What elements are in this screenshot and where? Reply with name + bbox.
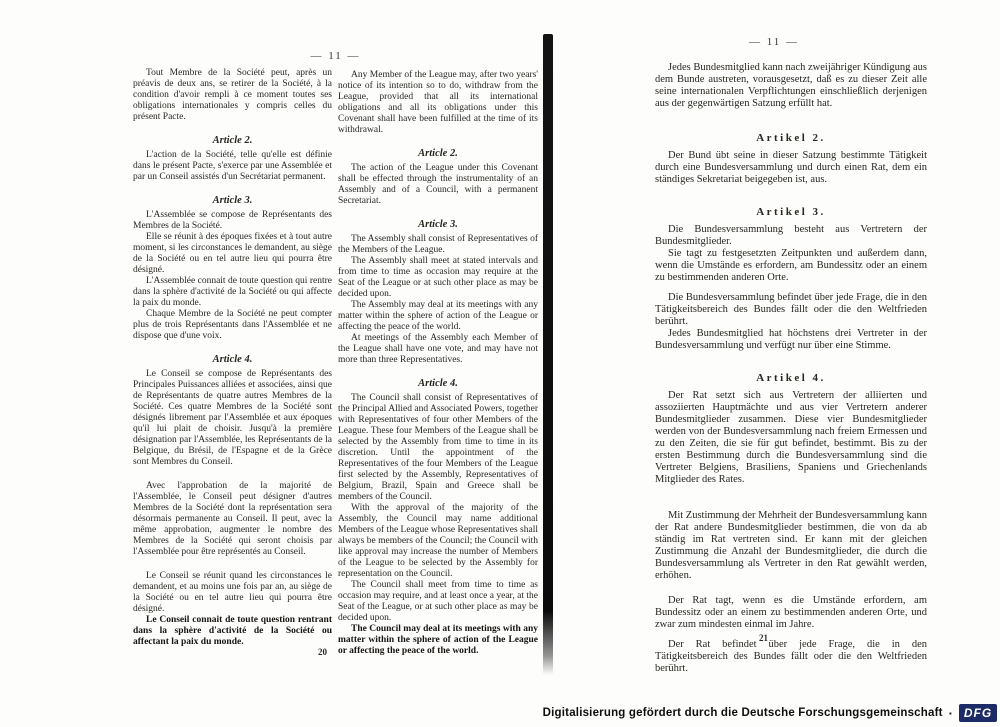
paragraph: L'Assemblée se compose de Représentants … xyxy=(133,210,332,232)
paragraph: L'action de la Société, telle qu'elle es… xyxy=(133,150,332,183)
article-heading: Article 4. xyxy=(133,354,332,365)
article-heading: Article 4. xyxy=(338,378,538,389)
article-heading: Article 2. xyxy=(338,148,538,159)
separator-dot: · xyxy=(949,706,953,721)
article-heading: Artikel 4. xyxy=(655,372,927,384)
dfg-logo: DFG xyxy=(959,704,997,722)
paragraph: Sie tagt zu festgesetzten Zeitpunkten un… xyxy=(655,248,927,284)
paragraph: Any Member of the League may, after two … xyxy=(338,70,538,136)
paragraph: Jedes Bundesmitglied kann nach zweijähri… xyxy=(655,62,927,110)
paragraph: The Assembly shall meet at stated interv… xyxy=(338,256,538,300)
paragraph: Avec l'approbation de la majorité de l'A… xyxy=(133,481,332,558)
book-gutter-scan-bar xyxy=(543,34,553,675)
scanned-document-spread: — 11 — Tout Membre de la Société peut, a… xyxy=(0,0,1000,727)
article-heading: Article 3. xyxy=(133,195,332,206)
paragraph: The Council shall meet from time to time… xyxy=(338,580,538,624)
french-column: Tout Membre de la Société peut, après un… xyxy=(133,68,332,648)
sheet-signature-number: 20 xyxy=(318,647,327,657)
paragraph: Mit Zustimmung der Mehrheit der Bundesve… xyxy=(655,510,927,582)
paragraph: The Council shall consist of Representat… xyxy=(338,393,538,503)
paragraph: Jedes Bundesmitglied hat höchstens drei … xyxy=(655,328,927,352)
digitization-footer: Digitalisierung gefördert durch die Deut… xyxy=(543,701,997,725)
paragraph: Elle se réunit à des époques fixées et à… xyxy=(133,232,332,276)
paragraph: The Assembly may deal at its meetings wi… xyxy=(338,300,538,333)
sheet-signature-number: 21 xyxy=(759,633,768,643)
article-heading: Article 3. xyxy=(338,219,538,230)
left-page-number-header: — 11 — xyxy=(133,50,538,62)
paragraph: With the approval of the majority of the… xyxy=(338,503,538,580)
paragraph: The action of the League under this Cove… xyxy=(338,163,538,207)
paragraph: Le Conseil se réunit quand les circonsta… xyxy=(133,571,332,615)
english-column: Any Member of the League may, after two … xyxy=(338,70,538,657)
paragraph: Der Bund übt seine in dieser Satzung bes… xyxy=(655,150,927,186)
article-heading: Article 2. xyxy=(133,135,332,146)
german-column: Jedes Bundesmitglied kann nach zweijähri… xyxy=(655,62,927,675)
paragraph-emphasized: The Council may deal at its meetings wit… xyxy=(338,624,538,657)
paragraph: Chaque Membre de la Société ne peut comp… xyxy=(133,309,332,342)
paragraph: Der Rat setzt sich aus Vertretern der al… xyxy=(655,390,927,486)
paragraph: Die Bundesversammlung besteht aus Vertre… xyxy=(655,224,927,248)
paragraph: Der Rat befindet über jede Frage, die in… xyxy=(655,639,927,675)
paragraph: The Assembly shall consist of Representa… xyxy=(338,234,538,256)
article-heading: Artikel 2. xyxy=(655,132,927,144)
article-heading: Artikel 3. xyxy=(655,206,927,218)
right-page-number-header: — 11 — xyxy=(640,36,908,48)
paragraph: At meetings of the Assembly each Member … xyxy=(338,333,538,366)
paragraph: Die Bundesversammlung befindet über jede… xyxy=(655,292,927,328)
paragraph: Der Rat tagt, wenn es die Umstände erfor… xyxy=(655,595,927,631)
paragraph: L'Assemblée connait de toute question qu… xyxy=(133,276,332,309)
paragraph: Tout Membre de la Société peut, après un… xyxy=(133,68,332,123)
paragraph: Le Conseil se compose de Représentants d… xyxy=(133,369,332,468)
digitization-credit-text: Digitalisierung gefördert durch die Deut… xyxy=(543,707,943,719)
paragraph-emphasized: Le Conseil connait de toute question ren… xyxy=(133,615,332,648)
